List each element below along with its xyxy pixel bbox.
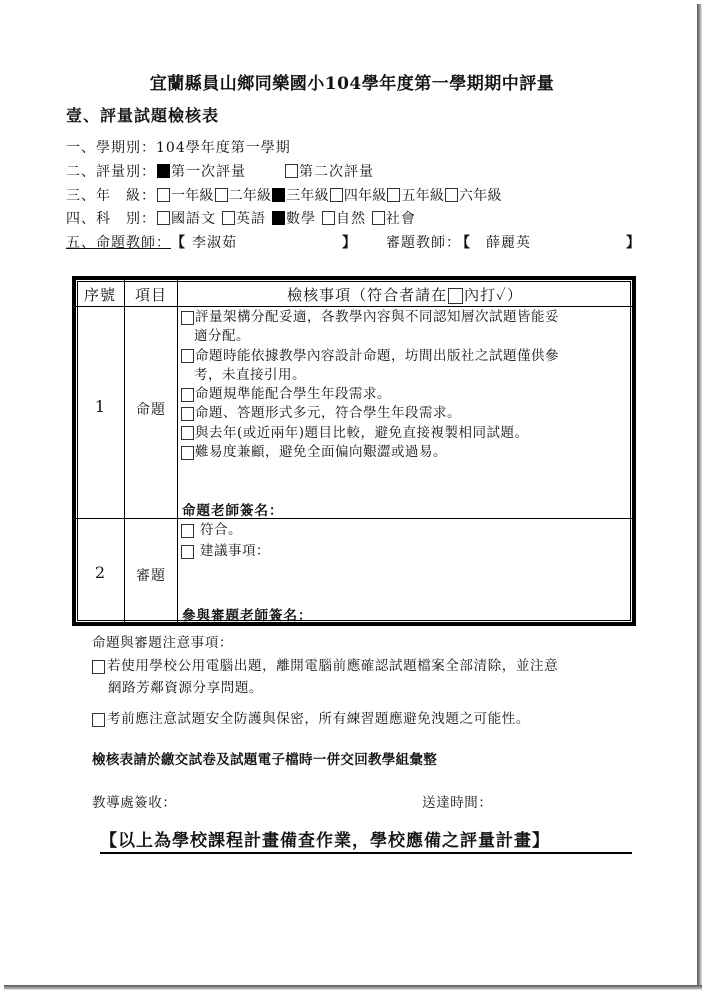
check-1-6-checkbox[interactable] — [181, 446, 194, 460]
check-1-3-checkbox[interactable] — [181, 388, 194, 402]
assessment-second-checkbox[interactable] — [285, 164, 298, 178]
reviewer-open-bracket: 【 — [456, 232, 471, 252]
author-open-bracket: 【 — [171, 232, 186, 252]
checklist-table: 序號 項目 檢核事項（符合者請在內打✓） 1 命題 評量架構分配妥適，各教學內容… — [72, 276, 636, 626]
subject-science-label: 自然 — [336, 208, 366, 228]
grade-label: 三、年 級： — [66, 185, 156, 205]
submission-instruction: 檢核表請於繳交試卷及試題電子檔時一併交回教學組彙整 — [92, 748, 437, 768]
row-2-checks: 符合。 建議事項： — [180, 520, 630, 562]
assessment-second-label: 第二次評量 — [299, 161, 374, 181]
check-1-1-checkbox[interactable] — [181, 311, 194, 325]
semester-label: 一、學期別： — [66, 137, 156, 157]
grade-1-checkbox[interactable] — [157, 188, 170, 202]
subject-math-label: 數學 — [286, 208, 316, 228]
check-item-cont: 考，未直接引用。 — [180, 366, 630, 385]
reviewer-close-bracket: 】 — [626, 232, 641, 252]
grade-2-checkbox[interactable] — [215, 188, 228, 202]
check-1-4-checkbox[interactable] — [181, 407, 194, 421]
assessment-first-label: 第一次評量 — [171, 161, 246, 181]
notes-heading: 命題與審題注意事項： — [92, 631, 233, 651]
row-2-no: 2 — [76, 563, 124, 582]
subject-line: 四、科 別： 國語文 英語 數學 自然 社會 — [66, 208, 416, 228]
check-item: 評量架構分配妥適，各教學內容與不同認知層次試題皆能妥 — [180, 308, 630, 327]
check-2-1-checkbox[interactable] — [181, 524, 194, 538]
check-item-cont: 適分配。 — [180, 327, 630, 346]
grade-3-checkbox[interactable] — [272, 188, 285, 202]
grade-1-label: 一年級 — [171, 185, 214, 205]
check-item: 建議事項： — [180, 541, 630, 562]
grade-5-label: 五年級 — [401, 185, 444, 205]
note-item-1: 若使用學校公用電腦出題，離開電腦前應確認試題檔案全部清除，並注意 — [92, 654, 558, 674]
subject-science-checkbox[interactable] — [322, 211, 335, 225]
document-title: 宜蘭縣員山鄉同樂國小104學年度第一學期期中評量 — [0, 69, 704, 94]
grade-6-label: 六年級 — [459, 185, 502, 205]
check-item: 命題時能依據教學內容設計命題，坊間出版社之試題僅供參 — [180, 347, 630, 366]
header-box-icon — [448, 288, 463, 304]
subject-math-checkbox[interactable] — [272, 211, 285, 225]
assessment-label: 二、評量別： — [66, 161, 156, 181]
header-check: 檢核事項（符合者請在內打✓） — [178, 283, 632, 307]
note-item-2: 考前應注意試題安全防護與保密，所有練習題應避免洩題之可能性。 — [92, 707, 530, 727]
grade-6-checkbox[interactable] — [445, 188, 458, 202]
grade-5-checkbox[interactable] — [387, 188, 400, 202]
note-1-checkbox[interactable] — [92, 660, 105, 674]
row-1-checks: 評量架構分配妥適，各教學內容與不同認知層次試題皆能妥 適分配。 命題時能依據教學… — [180, 308, 630, 462]
row-2-item: 審題 — [125, 565, 177, 585]
grade-line: 三、年 級： 一年級 二年級 三年級 四年級 五年級 六年級 — [66, 185, 502, 205]
receipt-label[interactable]: 教導處簽收： — [92, 791, 177, 811]
page-shadow-right — [697, 4, 702, 990]
assessment-line: 二、評量別： 第一次評量 第二次評量 — [66, 161, 374, 181]
subject-english-label: 英語 — [236, 208, 266, 228]
subject-english-checkbox[interactable] — [222, 211, 235, 225]
row-1-item: 命題 — [125, 399, 177, 419]
delivery-time-label[interactable]: 送達時間： — [422, 791, 493, 811]
subject-label: 四、科 別： — [66, 208, 156, 228]
plan-banner: 【以上為學校課程計畫備查作業，學校應備之評量計畫】 — [100, 826, 632, 854]
author-name[interactable]: 李淑茹 — [192, 232, 237, 252]
check-item: 命題規準能配合學生年段需求。 — [180, 385, 630, 404]
subject-social-checkbox[interactable] — [372, 211, 385, 225]
semester-value: 104學年度第一學期 — [156, 137, 291, 157]
grade-4-label: 四年級 — [344, 185, 387, 205]
grade-3-label: 三年級 — [286, 185, 329, 205]
header-check-prefix: 檢核事項（符合者請在 — [287, 286, 447, 304]
column-divider — [177, 280, 178, 622]
semester-line: 一、學期別： 104學年度第一學期 — [66, 137, 291, 157]
note-item-1-cont: 網路芳鄰資源分享問題。 — [108, 676, 263, 696]
check-2-2-checkbox[interactable] — [181, 545, 194, 559]
grade-2-label: 二年級 — [229, 185, 272, 205]
header-item: 項目 — [125, 283, 177, 307]
check-item: 符合。 — [180, 520, 630, 541]
assessment-first-checkbox[interactable] — [157, 164, 170, 178]
row-1-no: 1 — [76, 397, 124, 416]
reviewer-name[interactable]: 薛麗英 — [486, 232, 531, 252]
author-label: 五、命題教師： — [66, 232, 171, 252]
author-close-bracket: 】 — [342, 232, 357, 252]
check-item: 難易度兼顧，避免全面偏向艱澀或過易。 — [180, 443, 630, 462]
check-item: 與去年(或近兩年)題目比較，避免直接複製相同試題。 — [180, 424, 630, 443]
check-1-2-checkbox[interactable] — [181, 349, 194, 363]
header-no: 序號 — [76, 283, 124, 307]
subject-chinese-label: 國語文 — [171, 208, 216, 228]
check-1-5-checkbox[interactable] — [181, 426, 194, 440]
author-signature-label[interactable]: 命題老師簽名： — [182, 499, 284, 519]
section-heading: 壹、評量試題檢核表 — [66, 103, 219, 126]
row-divider — [76, 518, 632, 519]
page-shadow-bottom — [4, 985, 702, 990]
subject-social-label: 社會 — [386, 208, 416, 228]
check-item: 命題、答題形式多元，符合學生年段需求。 — [180, 404, 630, 423]
subject-chinese-checkbox[interactable] — [157, 211, 170, 225]
teachers-line: 五、命題教師： 【 李淑茹 】 審題教師： 【 薛麗英 】 — [66, 232, 646, 252]
reviewer-label: 審題教師： — [386, 232, 461, 252]
header-check-suffix: 內打✓） — [464, 286, 523, 304]
reviewer-signature-label[interactable]: 參與審題老師簽名： — [182, 604, 313, 624]
note-2-checkbox[interactable] — [92, 713, 105, 727]
grade-4-checkbox[interactable] — [330, 188, 343, 202]
